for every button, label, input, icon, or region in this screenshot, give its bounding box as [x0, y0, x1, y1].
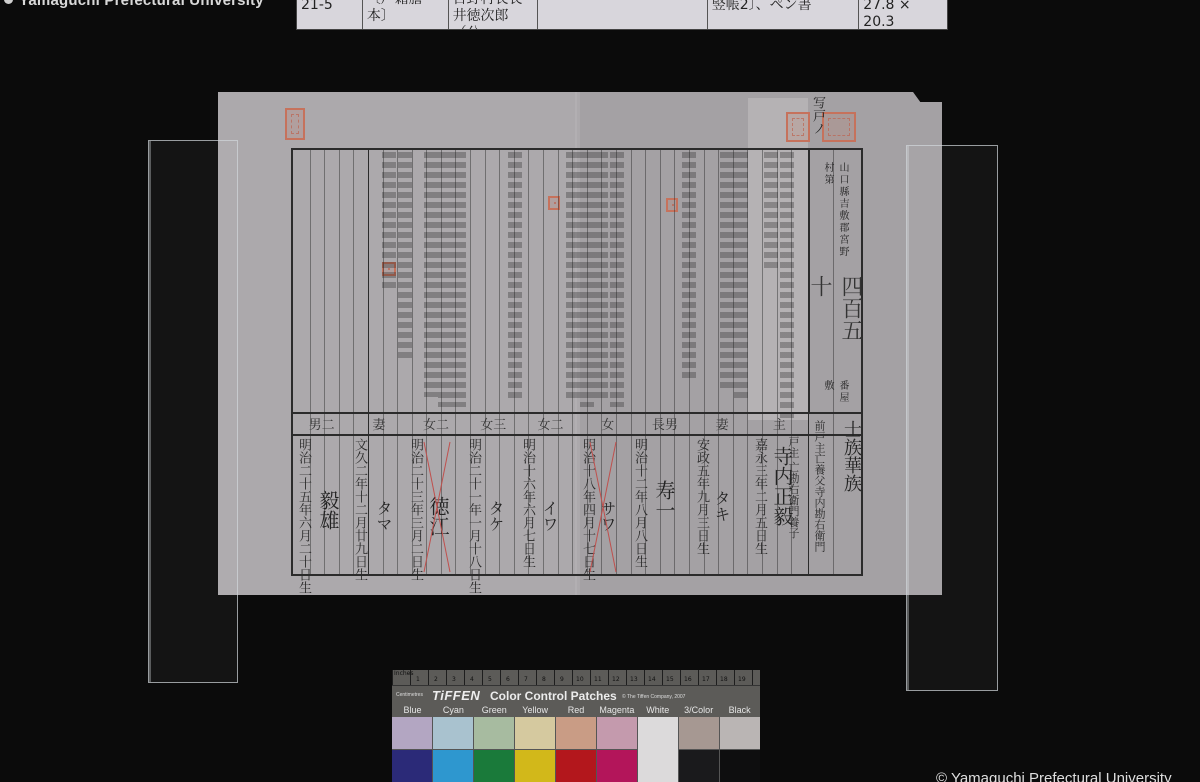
watermark-top: Yamaguchi Prefectural University — [4, 0, 264, 9]
color-patch-magenta-light — [597, 717, 637, 749]
handwritten-note — [764, 152, 778, 272]
handwritten-note — [610, 152, 624, 407]
chart-title: Color Control Patches — [490, 689, 617, 703]
handwritten-note — [594, 152, 608, 402]
handwritten-note — [682, 152, 696, 382]
color-patch-red-light — [556, 717, 596, 749]
handwritten-note — [580, 152, 594, 407]
member-birth: 明治十二年八月八日生 — [632, 438, 647, 568]
caption-cell-id: 21-5 — [297, 0, 363, 29]
tiffen-logo: TiFFEN — [432, 688, 480, 703]
handwritten-note — [438, 152, 452, 407]
color-patch-3-color-dark — [679, 750, 719, 782]
handwritten-note — [566, 152, 580, 402]
color-patch-white-light — [638, 717, 678, 782]
member-name: 毅雄 — [314, 490, 343, 530]
address-prefix: 山口縣吉敷郡宮野村第 — [820, 162, 850, 269]
color-patch-3-color-light — [679, 717, 719, 749]
member-birth: 明治十六年六月七日生 — [520, 438, 535, 568]
member-name: タマ — [372, 500, 395, 532]
status-label: 士族華族 — [838, 420, 864, 492]
address-header: 山口縣吉敷郡宮野村第 四百五十 番屋敷 — [808, 150, 860, 412]
color-patch-red-dark — [556, 750, 596, 782]
color-control-chart: Inches 1 2 3 4 5 6 7 8 9 10 11 12 13 14 … — [392, 670, 760, 782]
address-suffix: 番屋敷 — [820, 380, 850, 412]
acrylic-weight-right — [906, 145, 998, 691]
color-patch-green-dark — [474, 750, 514, 782]
member-name: イワ — [538, 500, 561, 532]
caption-cell-title: 〔戸籍謄本〕 — [363, 0, 449, 29]
member-birth: 明治二十五年六月二十日生 — [296, 438, 311, 594]
watermark-bottom: © Yamaguchi Prefectural University — [936, 770, 1172, 782]
color-patch-black-dark — [720, 750, 760, 782]
caption-cell-date — [538, 0, 707, 29]
handwritten-note — [398, 152, 412, 362]
color-patch-cyan-light — [433, 717, 473, 749]
handwritten-note — [734, 152, 748, 402]
member-birth: 嘉永三年二月五日生 — [752, 438, 767, 555]
former-head: 前戸主亡養父寺内勘右衛門 — [812, 420, 827, 552]
seal-stamp — [786, 112, 810, 142]
member-name: タケ — [484, 500, 507, 532]
color-patch-blue-dark — [392, 750, 432, 782]
member-birth: 明治二十一年一月十八日生 — [466, 438, 481, 594]
strike-mark-icon — [420, 440, 454, 574]
handwritten-note — [382, 152, 396, 292]
handwritten-note — [720, 152, 734, 392]
caption-table: 21-5 〔戸籍謄本〕 宮野村長長井徳次郎（公 竪帳2〕、ペン書 27.8 × … — [296, 0, 948, 30]
ruler: Inches 1 2 3 4 5 6 7 8 9 10 11 12 13 14 … — [392, 670, 760, 686]
relation-row: 男二 妻 女二 女三 女二 女 長男 妻 主 — [293, 412, 808, 434]
member-name: タキ — [710, 490, 733, 522]
color-patch-cyan-dark — [433, 750, 473, 782]
address-number: 四百五十 — [804, 275, 866, 354]
color-patch-magenta-dark — [597, 750, 637, 782]
seal-stamp — [285, 108, 305, 140]
caption-cell-form: 竪帳2〕、ペン書 — [708, 0, 860, 29]
color-patch-yellow-dark — [515, 750, 555, 782]
member-birth: 文久二年十二月廿九日生 — [352, 438, 367, 581]
handwritten-note — [780, 152, 794, 422]
strike-mark-icon — [586, 440, 620, 574]
handwritten-note — [424, 152, 438, 397]
member-name: 寿一 — [650, 480, 679, 520]
caption-cell-size: 27.8 × 20.3 — [859, 0, 947, 29]
color-patches — [392, 717, 760, 782]
seal-stamp — [822, 112, 856, 142]
member-birth: 安政五年九月三日生 — [694, 438, 709, 555]
color-patch-yellow-light — [515, 717, 555, 749]
handwritten-note — [508, 152, 522, 402]
caption-cell-author: 宮野村長長井徳次郎（公 — [449, 0, 539, 29]
color-patch-blue-light — [392, 717, 432, 749]
member-relation: 戸主 亡勘右衛門養子 — [786, 436, 801, 539]
handwritten-note — [452, 152, 466, 407]
acrylic-weight-left — [148, 140, 238, 683]
top-annotation: 写戸ノ — [808, 96, 827, 135]
logo-icon — [4, 0, 13, 4]
color-patch-green-light — [474, 717, 514, 749]
patch-labels: BlueCyanGreen YellowRedMagenta White3/Co… — [392, 705, 760, 715]
color-patch-black-light — [720, 717, 760, 749]
